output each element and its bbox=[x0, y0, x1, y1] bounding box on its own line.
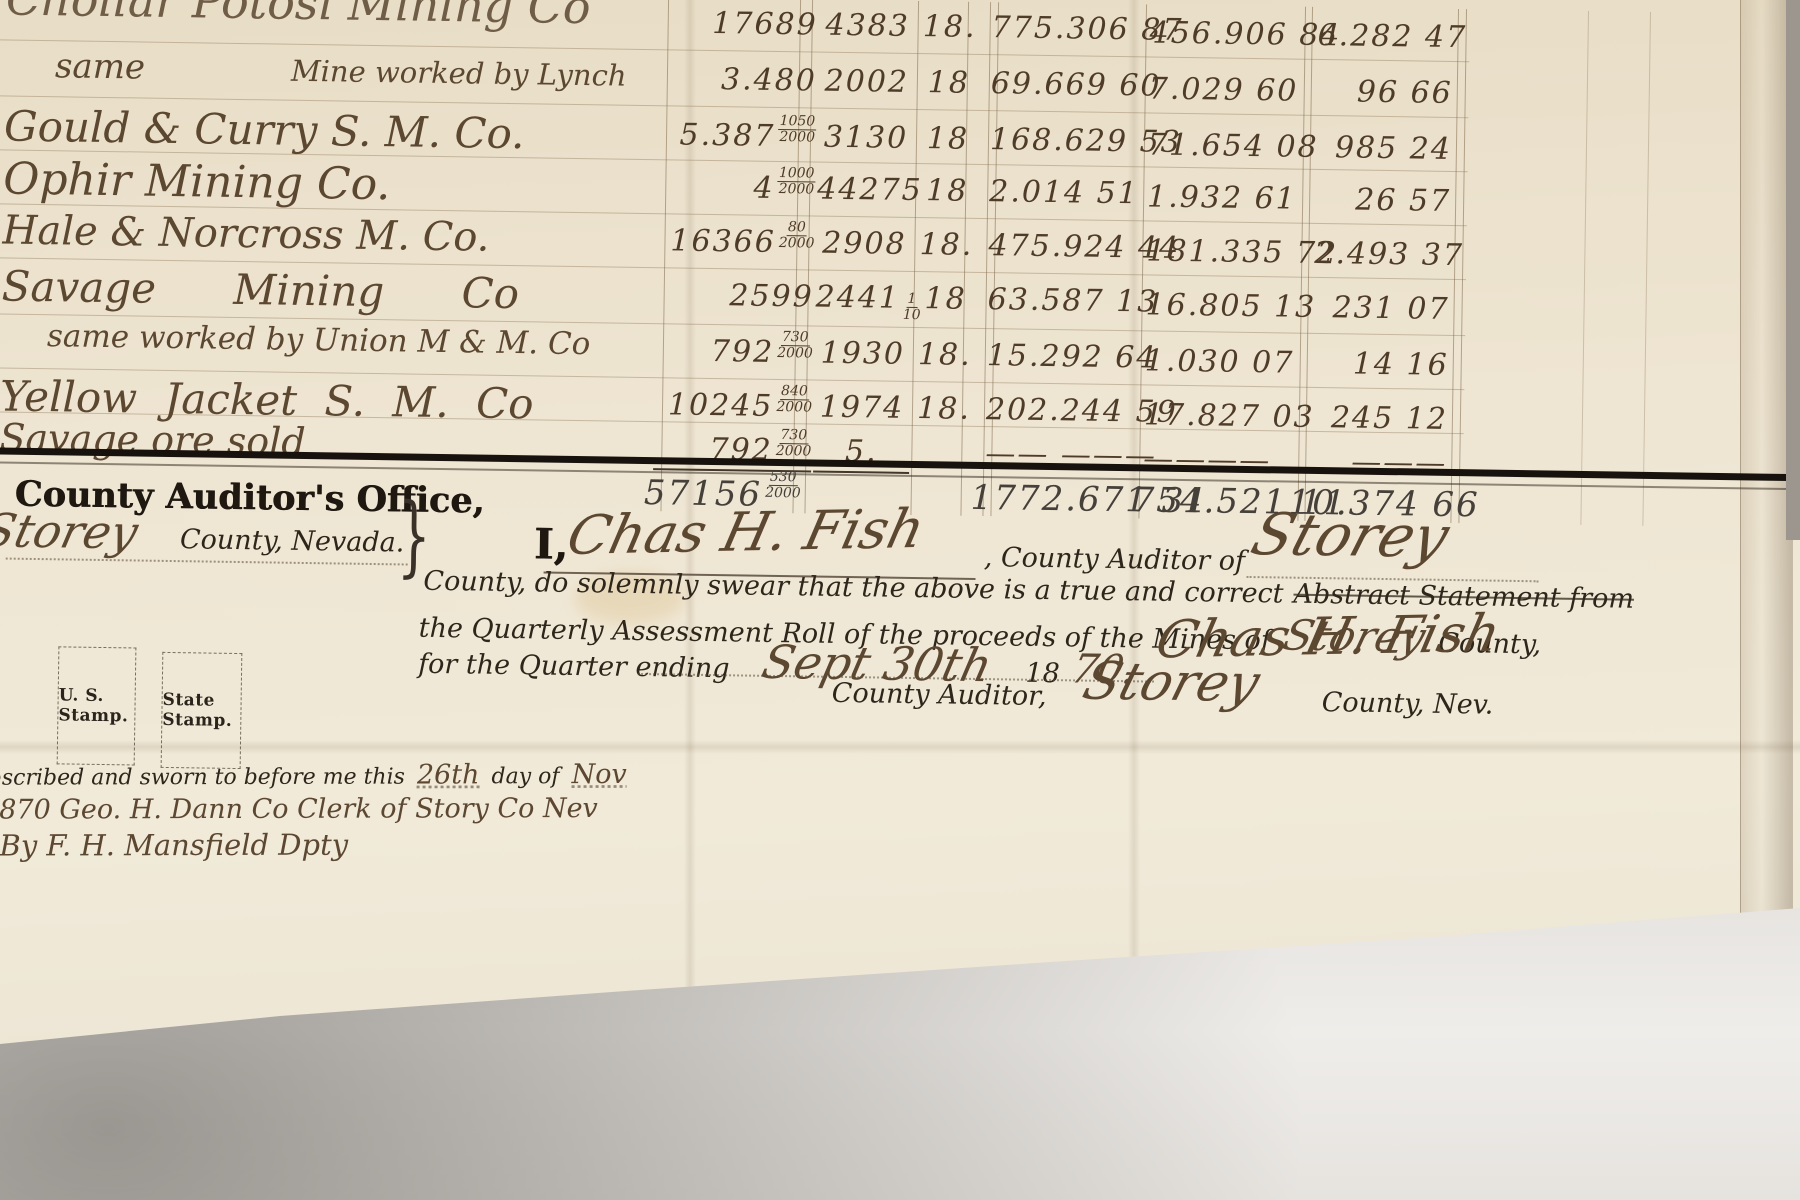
value-per-ton: 44275 bbox=[817, 172, 914, 208]
assessed-value: 17.827 03 bbox=[1144, 397, 1305, 434]
tax-amount: 985 24 bbox=[1316, 130, 1453, 167]
tax-amount: 245 12 bbox=[1312, 400, 1449, 437]
rate-value: 18. bbox=[921, 9, 978, 45]
background-sliver bbox=[1786, 0, 1800, 540]
tons-value: 102458402000 bbox=[654, 387, 813, 424]
tons-value: 7927302000 bbox=[655, 333, 814, 370]
tons-value: 7927302000 bbox=[653, 431, 812, 472]
notary-line-1: Subscribed and sworn to before me this 2… bbox=[0, 759, 627, 792]
state-stamp-label: State Stamp. bbox=[162, 690, 241, 731]
tons-value: 410002000 bbox=[657, 169, 816, 206]
gross-proceeds: 775.306 87 bbox=[991, 10, 1152, 47]
tax-amount: 6.282 47 bbox=[1317, 18, 1454, 55]
tons-value: 5.38710502000 bbox=[658, 117, 817, 154]
rate-value bbox=[916, 435, 972, 436]
state-stamp-box: State Stamp. bbox=[161, 652, 243, 769]
gross-proceeds: 475.924 44 bbox=[988, 228, 1149, 265]
rate-value: 18. bbox=[916, 391, 973, 427]
fill-in-line bbox=[6, 558, 408, 566]
gross-proceeds: 15.292 64 bbox=[987, 338, 1148, 375]
tax-amount: 26 57 bbox=[1315, 182, 1452, 219]
rate-value: 18. bbox=[917, 337, 974, 373]
value-per-ton: 4383 bbox=[819, 8, 916, 44]
month-handwritten: Nov bbox=[572, 759, 627, 790]
value-per-ton: 1974 bbox=[814, 390, 911, 426]
tons-value: 2599 bbox=[655, 277, 814, 314]
tons-value: 3.480 bbox=[659, 61, 818, 98]
gross-proceeds: 69.669 60 bbox=[991, 66, 1152, 103]
notary-clerk-line: 1870 Geo. H. Dann Co Clerk of Story Co N… bbox=[0, 793, 598, 826]
assessed-value: 1.030 07 bbox=[1145, 343, 1306, 380]
value-per-ton: 1930 bbox=[815, 336, 912, 372]
assessed-value: 7.029 60 bbox=[1149, 71, 1310, 108]
rate-value: 18. bbox=[918, 227, 975, 263]
assessed-value: 456.906 84 bbox=[1149, 15, 1310, 52]
gross-proceeds: 2.014 51 bbox=[989, 174, 1150, 211]
company-name: Savage Mining Co bbox=[1, 261, 519, 318]
assessed-value: 71.654 08 bbox=[1148, 127, 1309, 164]
total-assessed: 754.521 11 bbox=[1132, 480, 1293, 522]
total-tons: 571565302000 bbox=[610, 473, 801, 516]
value-per-ton: 2441110 bbox=[815, 280, 912, 328]
day-of-label: day of bbox=[491, 764, 559, 789]
total-gross: 1772.671 31 bbox=[970, 478, 1131, 520]
company-name: same bbox=[55, 46, 146, 87]
value-per-ton: 5. bbox=[813, 434, 910, 474]
tax-amount: 2.493 37 bbox=[1314, 236, 1451, 273]
document-content: Chollar Potosi Mining Co 17689 4383 18. … bbox=[0, 0, 1800, 1078]
company-name: same worked by Union M & M. Co bbox=[47, 318, 591, 362]
tons-value: 17689 bbox=[659, 5, 818, 42]
day-handwritten: 26th bbox=[417, 759, 480, 790]
value-per-ton: 2002 bbox=[819, 64, 916, 100]
subscribed-sworn-text: Subscribed and sworn to before me this bbox=[0, 765, 405, 791]
company-name: Chollar Potosi Mining Co bbox=[6, 0, 591, 34]
tax-amount: 14 16 bbox=[1312, 346, 1449, 383]
county-name-handwritten: Storey bbox=[1077, 652, 1267, 714]
assessed-value: 1.932 61 bbox=[1147, 179, 1308, 216]
us-stamp-label: U. S. Stamp. bbox=[58, 685, 135, 726]
county-nev-label: County, Nev. bbox=[1321, 687, 1493, 721]
tax-amount: 96 66 bbox=[1317, 74, 1454, 111]
rate-value: 18 bbox=[917, 281, 974, 317]
tons-value: 16366802000 bbox=[656, 223, 815, 260]
notary-deputy-line: By F. H. Mansfield Dpty bbox=[0, 828, 348, 863]
county-auditor-of-label: , County Auditor of bbox=[984, 542, 1246, 577]
company-name: Ophir Mining Co. bbox=[3, 153, 391, 210]
county-auditor-title: County Auditor, bbox=[832, 678, 1047, 712]
assessed-value: 181.335 72 bbox=[1146, 233, 1307, 270]
company-name: Gould & Curry S. M. Co. bbox=[4, 101, 525, 158]
company-name: Hale & Norcross M. Co. bbox=[2, 207, 490, 260]
company-name-note: Mine worked by Lynch bbox=[291, 54, 627, 93]
value-per-ton: 3130 bbox=[818, 120, 915, 156]
tax-amount: 231 07 bbox=[1313, 290, 1450, 327]
rate-value: 18 bbox=[921, 65, 978, 101]
value-per-ton: 2908 bbox=[816, 226, 913, 262]
quarter-ending-label: for the Quarter ending bbox=[418, 649, 730, 685]
rate-value: 18 bbox=[919, 173, 976, 209]
photograph-background: Chollar Potosi Mining Co 17689 4383 18. … bbox=[0, 0, 1800, 1200]
document-paper: Chollar Potosi Mining Co 17689 4383 18. … bbox=[0, 0, 1800, 1052]
rate-value: 18 bbox=[920, 121, 977, 157]
gross-proceeds: 168.629 53 bbox=[990, 122, 1151, 159]
us-stamp-box: U. S. Stamp. bbox=[57, 646, 137, 765]
gross-proceeds: 63.587 13 bbox=[987, 282, 1148, 319]
county-state-printed: County, Nevada. bbox=[180, 524, 405, 558]
assessed-value: 16.805 13 bbox=[1145, 287, 1306, 324]
gross-proceeds: 202.244 59 bbox=[986, 392, 1147, 429]
total-tax: 10.374 66 bbox=[1288, 483, 1425, 525]
